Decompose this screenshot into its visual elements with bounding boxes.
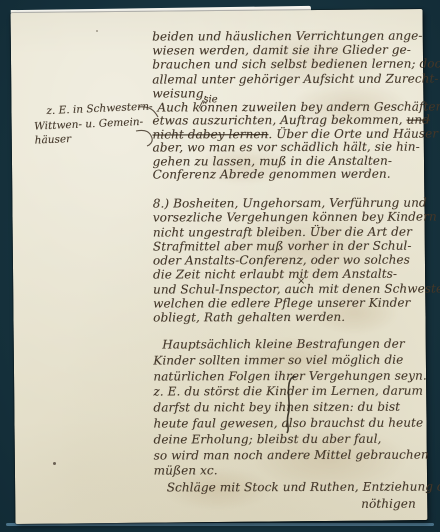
struck-text: nicht dabey lernen [152,127,268,141]
text-line: allemal unter gehöriger Aufsicht und Zur… [152,71,428,86]
ink-speck [96,30,98,32]
text-line: nöthigen [154,496,430,514]
paragraph: Auch können zuweilen bey andern Geschäft… [152,101,428,182]
scanned-manuscript: z. E. in Schwestern- Wittwen- u. Gemein-… [0,0,440,532]
struck-text: und [406,113,430,127]
text-line: Hauptsächlich kleine Bestrafungen der [153,337,429,354]
ink-speck [53,462,56,465]
paragraph: 8.) Bosheiten, Ungehorsam, Verführung un… [153,196,429,326]
text-line: nicht ungestraft bleiben. Über die Art d… [153,224,429,239]
text-line: heute faul gewesen, also brauchst du heu… [153,416,429,433]
text-line: deine Erholung; bleibst du aber faul, [154,431,430,448]
text-line: beiden und häuslichen Verrichtungen ange… [152,29,428,44]
margin-note: z. E. in Schwestern- Wittwen- u. Gemein-… [33,99,155,148]
text-line: Conferenz Abrede genommen werden. [153,168,429,182]
text-line: natürlichen Folgen ihrer Vergehungen sey… [153,368,429,385]
text-line: weisung. [152,85,428,100]
text-line: Schläge mit Stock und Ruthen, Entziehung… [154,479,430,497]
text-line: brauchen und sich selbst bedienen lernen… [152,57,428,72]
text-line: vorsezliche Vergehungen können bey Kinde… [153,210,429,225]
paragraph: beiden und häuslichen Verrichtungen ange… [152,29,428,101]
text-line: so wird man noch andere Mittel gebrauche… [154,447,430,464]
paragraph: Hauptsächlich kleine Bestrafungen der Ki… [153,337,429,480]
text-line: welchen die edlere Pflege unserer Kinder [153,296,429,311]
text-segment: . Über die Orte und Häuser [268,126,438,141]
paragraph: Schläge mit Stock und Ruthen, Entziehung… [154,479,430,514]
text-line: obliegt, Rath gehalten werden. [153,310,429,325]
text-line: und Schul-Inspector, auch mit denen Schw… [153,281,429,296]
text-line: müßen xc. [154,463,430,480]
insertion-mark: × [297,276,305,287]
text-line: oder Anstalts-Conferenz, oder wo solches [153,253,429,268]
text-line: Kinder sollten immer so viel möglich die [153,352,429,369]
text-line: die Zeit nicht erlaubt mit dem Anstalts- [153,267,429,282]
insertion-caret: / [199,98,203,111]
text-line: 8.) Bosheiten, Ungehorsam, Verführung un… [153,196,429,211]
text-line: wiesen werden, damit sie ihre Glieder ge… [152,43,428,58]
inserted-word: sie [203,93,217,106]
text-line: z. E. du störst die Kinder im Lernen, da… [153,384,429,401]
text-line: Strafmittel aber muß vorher in der Schul… [153,238,429,253]
text-line: darfst du nicht bey ihnen sitzen: du bis… [153,400,429,417]
